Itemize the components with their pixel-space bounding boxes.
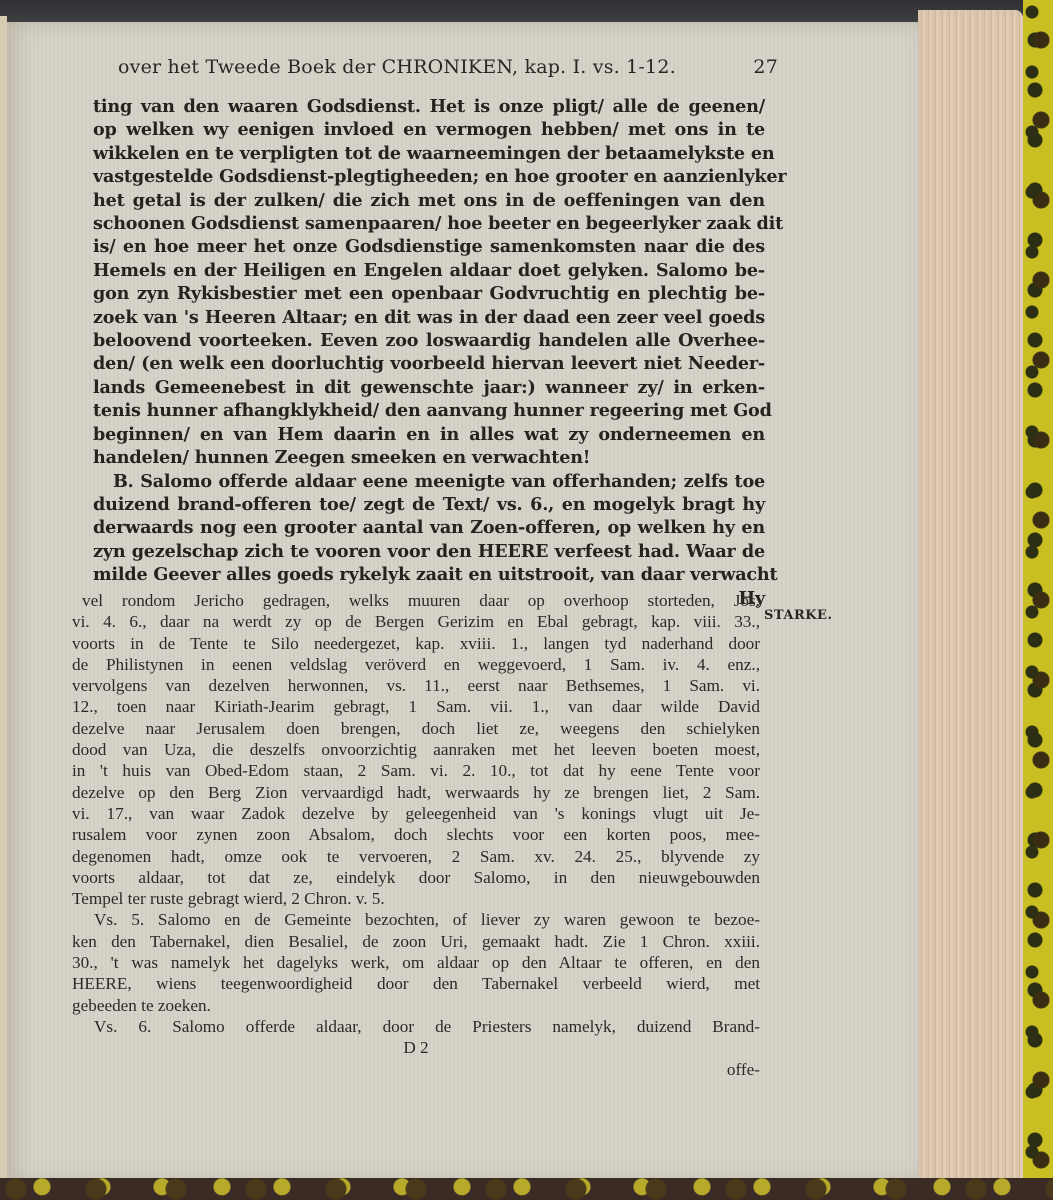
text-line: tenis hunner afhangklykheid/ den aanvang… xyxy=(93,399,765,422)
commentary-line: HEERE, wiens teegenwoordigheid door den … xyxy=(72,973,760,994)
commentary-line: vi. 17., van waar Zadok dezelve by gelee… xyxy=(72,803,760,824)
text-line: is/ en hoe meer het onze Godsdienstige s… xyxy=(93,235,765,258)
text-line: vastgestelde Godsdienst-plegtigheeden; e… xyxy=(93,165,765,188)
catchword: offe- xyxy=(72,1059,760,1080)
commentary-line: ken den Tabernakel, dien Besaliel, de zo… xyxy=(72,931,760,952)
text-line: het getal is der zulken/ die zich met on… xyxy=(93,189,765,212)
running-head: over het Tweede Boek der CHRONIKEN, kap.… xyxy=(118,56,778,78)
text-line: schoonen Godsdienst samenpaaren/ hoe bee… xyxy=(93,212,765,235)
text-line: handelen/ hunnen Zeegen smeeken en verwa… xyxy=(93,446,765,469)
commentary-block: vel rondom Jericho gedragen, welks muure… xyxy=(72,590,760,1080)
signature-mark: D 2 xyxy=(72,1037,760,1058)
page-number: 27 xyxy=(753,56,778,78)
commentary-line: 30., 't was namelyk het dagelyks werk, o… xyxy=(72,952,760,973)
commentary-line: dezelve naar Jerusalem doen brengen, doc… xyxy=(72,718,760,739)
book-cover-right xyxy=(1023,0,1053,1200)
commentary-line: voorts aldaar, tot dat ze, eindelyk door… xyxy=(72,867,760,888)
text-line: wikkelen en te verpligten tot de waarnee… xyxy=(93,142,765,165)
commentary-line: dezelve op den Berg Zion vervaardigd had… xyxy=(72,782,760,803)
commentary-line: vel rondom Jericho gedragen, welks muure… xyxy=(72,590,760,611)
commentary-line: de Philistynen in eenen veldslag veröver… xyxy=(72,654,760,675)
running-head-title: over het Tweede Boek der CHRONIKEN, kap.… xyxy=(118,56,676,78)
margin-note: STARKE. xyxy=(764,608,832,623)
text-line: den/ (en welk een doorluchtig voorbeeld … xyxy=(93,352,765,375)
commentary-line: degenomen hadt, omze ook te vervoeren, 2… xyxy=(72,846,760,867)
commentary-line: vi. 4. 6., daar na werdt zy op de Bergen… xyxy=(72,611,760,632)
commentary-line: Vs. 6. Salomo offerde aldaar, door de Pr… xyxy=(72,1016,760,1037)
text-line: op welken wy eenigen invloed en vermogen… xyxy=(93,118,765,141)
commentary-line: in 't huis van Obed-Edom staan, 2 Sam. v… xyxy=(72,760,760,781)
background-top xyxy=(0,0,1053,22)
text-line: zyn gezelschap zich te vooren voor den H… xyxy=(93,540,765,563)
text-line: Hemels en der Heiligen en Engelen aldaar… xyxy=(93,259,765,282)
text-line: ting van den waaren Godsdienst. Het is o… xyxy=(93,95,765,118)
book-cover-bottom xyxy=(0,1178,1053,1200)
commentary-line: rusalem voor zynen zoon Absalom, doch sl… xyxy=(72,824,760,845)
commentary-line: voorts in de Tente te Silo needergezet, … xyxy=(72,633,760,654)
text-line: B. Salomo offerde aldaar eene meenigte v… xyxy=(93,470,765,493)
text-line: duizend brand-offeren toe/ zegt de Text/… xyxy=(93,493,765,516)
commentary-line: 12., toen naar Kiriath-Jearim gebragt, 1… xyxy=(72,696,760,717)
text-line: gon zyn Rykisbestier met een openbaar Go… xyxy=(93,282,765,305)
text-line: beloovend voorteeken. Eeven zoo loswaard… xyxy=(93,329,765,352)
commentary-line: vervolgens van dezelven herwonnen, vs. 1… xyxy=(72,675,760,696)
commentary-line: Tempel ter ruste gebragt wierd, 2 Chron.… xyxy=(72,888,760,909)
main-text-block: ting van den waaren Godsdienst. Het is o… xyxy=(93,95,765,610)
page-edges xyxy=(918,10,1023,1190)
text-line: zoek van 's Heeren Altaar; en dit was in… xyxy=(93,306,765,329)
commentary-line: gebeeden te zoeken. xyxy=(72,995,760,1016)
commentary-line: Vs. 5. Salomo en de Gemeinte bezochten, … xyxy=(72,909,760,930)
left-page-edge xyxy=(0,16,7,1186)
text-line: lands Gemeenebest in dit gewenschte jaar… xyxy=(93,376,765,399)
text-line: beginnen/ en van Hem daarin en in alles … xyxy=(93,423,765,446)
text-line: derwaards nog een grooter aantal van Zoe… xyxy=(93,516,765,539)
text-line: milde Geever alles goeds rykelyk zaait e… xyxy=(93,563,765,586)
commentary-line: dood van Uza, die deszelfs onvoorzichtig… xyxy=(72,739,760,760)
